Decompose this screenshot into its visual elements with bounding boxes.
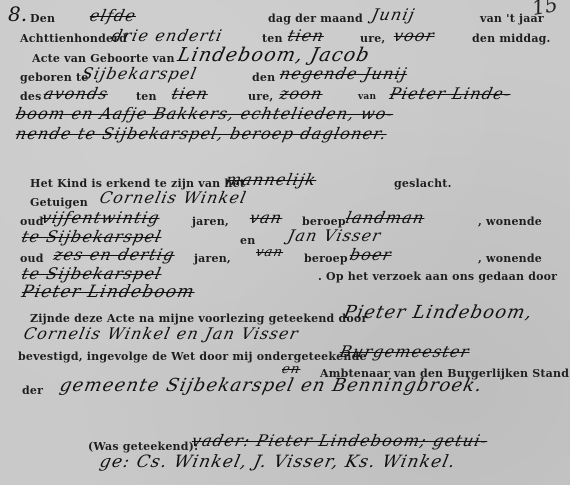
hand-sex: mannelijk xyxy=(224,170,319,189)
hand-witness2-name: Jan Visser xyxy=(286,226,383,245)
printed-ten-2: ten xyxy=(136,90,157,103)
hand-witness1-residence: te Sijbekarspel xyxy=(20,227,164,246)
printed-jaren-2: jaren, xyxy=(194,252,231,265)
hand-hour: tien xyxy=(286,26,326,45)
hand-zoon: zoon xyxy=(278,84,325,103)
birth-certificate-document: 8. 15 Den elfde dag der maand Junij van … xyxy=(0,0,570,485)
hand-year: drie enderti xyxy=(110,26,225,45)
printed-beroep-2: beroep xyxy=(304,252,348,265)
hand-witness1-name: Cornelis Winkel xyxy=(98,188,249,207)
hand-van-1: van xyxy=(248,208,285,227)
hand-month: Junij xyxy=(370,5,417,24)
printed-en: en xyxy=(240,234,255,247)
hand-avonds: avonds xyxy=(42,84,110,103)
printed-jaren-1: jaren, xyxy=(192,215,229,228)
hand-signed-line-1: vader: Pieter Lindeboom; getui- xyxy=(190,431,490,450)
hand-witness1-occupation: landman xyxy=(344,208,427,227)
hand-witness2-occupation: boer xyxy=(348,245,394,264)
hand-signer-2: Cornelis Winkel en Jan Visser xyxy=(22,324,301,343)
printed-van-t-jaar: van 't jaar xyxy=(480,12,544,25)
hand-parents-line: boom en Aafje Bakkers, echtelieden, wo- xyxy=(14,104,395,123)
hand-birthplace: Sijbekarspel xyxy=(80,64,199,83)
printed-der: der xyxy=(22,384,43,397)
printed-des: des xyxy=(20,90,41,103)
hand-van-2: van xyxy=(254,245,284,260)
hand-municipality: gemeente Sijbekarspel en Benningbroek. xyxy=(58,375,485,396)
hand-witness1-age: vijfentwintig xyxy=(40,208,162,227)
hand-signer-1: Pieter Lindeboom, xyxy=(342,302,535,323)
hand-signed-line-2: ge: Cs. Winkel, J. Visser, Ks. Winkel. xyxy=(98,452,458,472)
printed-geslacht: geslacht. xyxy=(394,177,452,190)
printed-bevestigd: bevestigd, ingevolge de Wet door mij ond… xyxy=(18,350,367,363)
hand-father: Pieter Linde- xyxy=(388,84,513,103)
printed-geboren-te: geboren te xyxy=(20,71,88,84)
hand-hour-2: tien xyxy=(170,84,210,103)
printed-den-middag: den middag. xyxy=(472,32,551,45)
printed-den-2: den xyxy=(252,71,275,84)
hand-burgemeester: Burgemeester xyxy=(338,342,472,361)
printed-dag-der-maand: dag der maand xyxy=(268,12,363,25)
hand-voor: voor xyxy=(392,26,437,45)
hand-witness2-age: zes en dertig xyxy=(52,245,177,264)
hand-birthdate: negende Junij xyxy=(278,64,409,83)
printed-van: van xyxy=(358,92,376,102)
record-number: 8. xyxy=(8,2,27,26)
hand-requester: Pieter Lindeboom xyxy=(20,282,197,302)
printed-ure-2: ure, xyxy=(248,90,273,103)
hand-child-name: Lindeboom, Jacob xyxy=(176,44,373,66)
printed-den: Den xyxy=(30,12,55,25)
hand-witness2-residence: te Sijbekarspel xyxy=(20,264,164,283)
printed-wonende-2: , wonende xyxy=(478,252,542,265)
printed-op-het-verzoek: . Op het verzoek aan ons gedaan door xyxy=(318,270,557,283)
hand-residence-occupation: nende te Sijbekarspel, beroep dagloner. xyxy=(14,124,389,143)
hand-day: elfde xyxy=(88,6,138,25)
printed-wonende-1: , wonende xyxy=(478,215,542,228)
